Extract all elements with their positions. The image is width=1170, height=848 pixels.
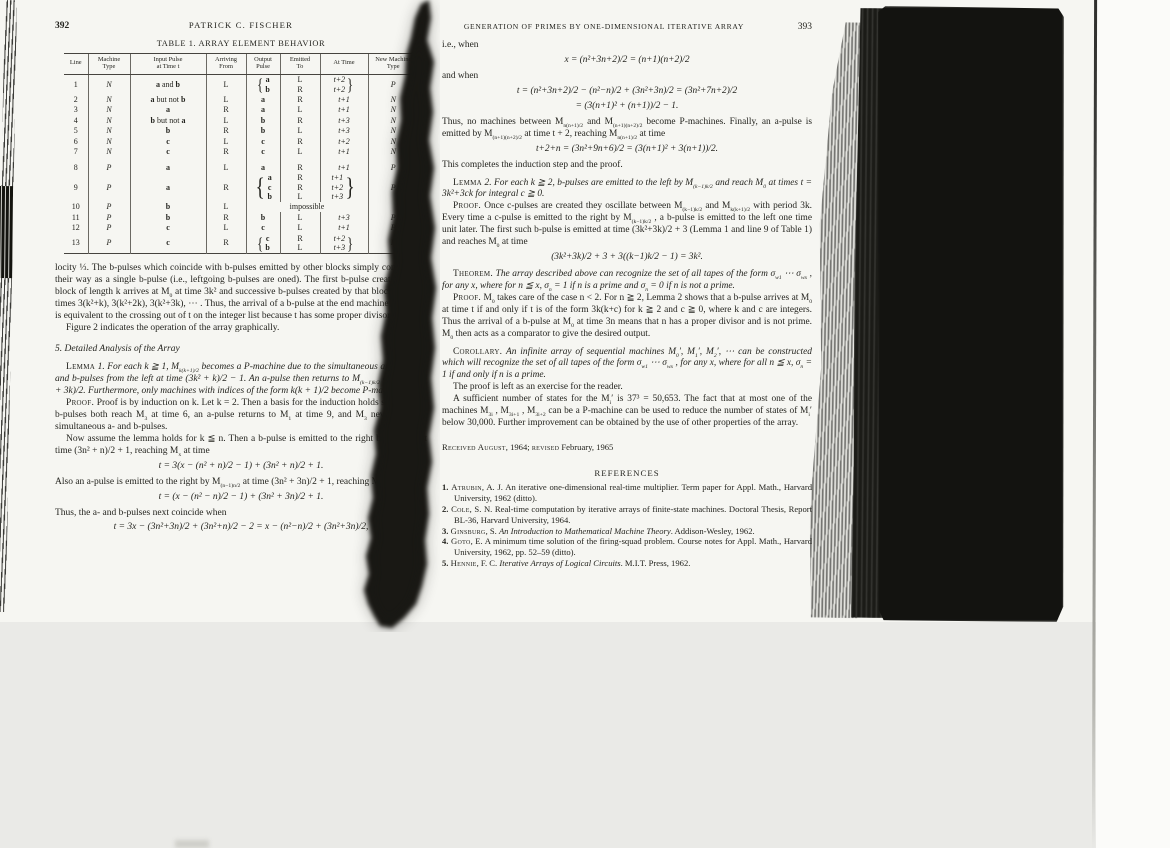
paragraph: t = 3(x − (n² + n)/2 − 1) + (3n² + n)/2 … [55, 461, 427, 473]
table-cell: N [88, 74, 130, 94]
table-cell: R [280, 95, 320, 105]
paragraph: Received August, 1964; revised February,… [442, 442, 812, 453]
table-cell: t+1 [320, 223, 368, 233]
table-cell: a [246, 105, 280, 115]
table-header: LineMachine TypeInput Pulse at Time tArr… [64, 53, 418, 74]
paragraph: = (3(n+1)² + (n+1))/2 − 1. [442, 101, 812, 113]
table-cell: N [368, 115, 418, 125]
table-cell: P [368, 162, 418, 172]
paragraph: 5. Detailed Analysis of the Array [55, 344, 427, 356]
table-cell: N [368, 105, 418, 115]
table-row: 7NcRcLt+1N [64, 147, 418, 157]
paragraph: Proof. Once c-pulses are created they os… [442, 201, 812, 248]
table-cell: 2 [64, 95, 88, 105]
table-cell: L [206, 95, 246, 105]
paragraph: The proof is left as an exercise for the… [442, 382, 812, 394]
table-column-header: Line [64, 53, 88, 74]
table-cell: L [206, 115, 246, 125]
table-row: 2Na but not bLaRt+1N [64, 95, 418, 105]
right-page-number: 393 [766, 22, 812, 34]
table-cell: b [130, 202, 206, 212]
table-cell: b but not a [130, 115, 206, 125]
table-row: 5NbRbLt+3N [64, 126, 418, 136]
table-cell: c [246, 223, 280, 233]
reference-item: 3. Ginsburg, S. An Introduction to Mathe… [442, 526, 812, 537]
table-cell: 11 [64, 212, 88, 222]
table-column-header: Output Pulse [246, 53, 280, 74]
table-cell: t+1t+2t+3} [320, 173, 368, 202]
table-row: 3NaRaLt+1N [64, 105, 418, 115]
table-cell: R [280, 136, 320, 146]
table-row: 13PcR{cbRLt+2t+3}P [64, 233, 418, 253]
paragraph: t = (n²+3n+2)/2 − (n²−n)/2 + (3n²+3n)/2 … [442, 86, 812, 98]
table-cell: P [88, 223, 130, 233]
paragraph: Proof. M0 takes care of the case n < 2. … [442, 293, 812, 340]
table-cell: a [246, 162, 280, 172]
paragraph: Lemma 1. For each k ≧ 1, Mk(k+1)/2 becom… [55, 362, 427, 398]
table-column-header: Input Pulse at Time t [130, 53, 206, 74]
right-paper-strip [1096, 0, 1170, 848]
table-cell: LR [280, 74, 320, 94]
table-column-header: At Time [320, 53, 368, 74]
table-cell: 7 [64, 147, 88, 157]
table-cell: 1 [64, 74, 88, 94]
table-cell: R [280, 162, 320, 172]
paragraph: t = (x − (n² − n)/2 − 1) + (3n² + 3n)/2 … [55, 492, 427, 504]
table-cell: 9 [64, 173, 88, 202]
table-cell: P [88, 173, 130, 202]
paragraph: (3k²+3k)/2 + 3 + 3((k−1)k/2 − 1) = 3k². [442, 252, 812, 264]
table-cell: L [280, 105, 320, 115]
paragraph: This completes the induction step and th… [442, 160, 812, 172]
paragraph: and when [442, 71, 812, 83]
table-cell: N [368, 95, 418, 105]
table-cell: b [246, 126, 280, 136]
scanned-journal-spread: 392 PATRICK C. FISCHER TABLE 1. ARRAY EL… [0, 0, 1170, 848]
table-cell: b [246, 115, 280, 125]
table-cell: N [88, 95, 130, 105]
table-cell: b [130, 126, 206, 136]
table-cell: c [246, 147, 280, 157]
table-cell: P [368, 173, 418, 202]
table-cell: N [368, 126, 418, 136]
references-heading: REFERENCES [442, 468, 812, 479]
table-row: 11PbRbLt+3P [64, 212, 418, 222]
table-row: 8PaLaRt+1P [64, 162, 418, 172]
table-cell: N [88, 126, 130, 136]
table-cell: b [246, 212, 280, 222]
paragraph: x = (n²+3n+2)/2 = (n+1)(n+2)/2 [442, 55, 812, 67]
paragraph: locity ⅓. The b-pulses which coincide wi… [55, 263, 427, 323]
table-cell: N [88, 147, 130, 157]
table-cell: L [206, 202, 246, 212]
table-cell: c [130, 223, 206, 233]
table-cell: R [206, 173, 246, 202]
table-cell: L [280, 223, 320, 233]
table-column-header: Machine Type [88, 53, 130, 74]
table-cell: RRL [280, 173, 320, 202]
right-page: GENERATION OF PRIMES BY ONE-DIMENSIONAL … [442, 22, 812, 569]
paragraph: Corollary. An infinite array of sequenti… [442, 347, 812, 383]
paragraph: Now assume the lemma holds for k ≦ n. Th… [55, 434, 427, 458]
table-cell: P [88, 212, 130, 222]
table-row: 6NcLcRt+2N [64, 136, 418, 146]
paragraph: Thus, no machines between Mn(n+1)/2 and … [442, 117, 812, 141]
table-cell: 10 [64, 202, 88, 212]
table-cell: a [130, 105, 206, 115]
table-cell: L [280, 126, 320, 136]
right-page-paragraphs: i.e., whenx = (n²+3n+2)/2 = (n+1)(n+2)/2… [442, 40, 812, 453]
table-cell: {cb [246, 233, 280, 253]
table-cell: 13 [64, 233, 88, 253]
table-cell: 8 [64, 162, 88, 172]
table-cell: P [88, 162, 130, 172]
table-body: 1Na and bL{abLRt+2t+2}P2Na but not bLaRt… [64, 74, 418, 253]
left-page-header: 392 PATRICK C. FISCHER [55, 20, 427, 33]
table-cell: a [130, 162, 206, 172]
table-cell: N [88, 115, 130, 125]
table-cell: N [368, 147, 418, 157]
table-cell: c [130, 136, 206, 146]
table-cell: 3 [64, 105, 88, 115]
right-page-header: GENERATION OF PRIMES BY ONE-DIMENSIONAL … [442, 22, 812, 34]
reference-item: 5. Hennie, F. C. Iterative Arrays of Log… [442, 558, 812, 569]
table-cell: P [368, 212, 418, 222]
table-cell: R [206, 126, 246, 136]
table-cell: 5 [64, 126, 88, 136]
table-cell: t+1 [320, 162, 368, 172]
table-cell: P [88, 233, 130, 253]
table-cell: impossible [246, 202, 368, 212]
paragraph: A sufficient number of states for the Mi… [442, 394, 812, 430]
paragraph: Also an a-pulse is emitted to the right … [55, 477, 427, 489]
table-cell: a [130, 173, 206, 202]
table-cell: 12 [64, 223, 88, 233]
table-cell: a but not b [130, 95, 206, 105]
table-cell: L [206, 74, 246, 94]
table-cell: t+1 [320, 95, 368, 105]
table-row: 1Na and bL{abLRt+2t+2}P [64, 74, 418, 94]
table-cell: R [206, 233, 246, 253]
table-cell: L [280, 147, 320, 157]
paragraph: Figure 2 indicates the operation of the … [55, 323, 427, 335]
table-cell: t+1 [320, 105, 368, 115]
table-row: 4Nb but not aLbRt+3N [64, 115, 418, 125]
paragraph: Lemma 2. For each k ≧ 2, b-pulses are em… [442, 178, 812, 202]
table-cell: a [246, 95, 280, 105]
table-cell: N [88, 136, 130, 146]
table-cell: RL [280, 233, 320, 253]
paragraph: Theorem. The array described above can r… [442, 269, 812, 293]
table-cell: R [206, 105, 246, 115]
table-column-header: New Machine Type [368, 53, 418, 74]
array-element-behavior-table: LineMachine TypeInput Pulse at Time tArr… [64, 53, 418, 255]
table-cell: t+2t+3} [320, 233, 368, 253]
table-cell: R [206, 147, 246, 157]
table-cell: t+1 [320, 147, 368, 157]
table-cell: {acb [246, 173, 280, 202]
table-cell: R [280, 115, 320, 125]
table-row: 12PcLcLt+1P [64, 223, 418, 233]
table-cell: c [130, 147, 206, 157]
table-cell: b [130, 212, 206, 222]
table-cell: L [206, 223, 246, 233]
left-page: 392 PATRICK C. FISCHER TABLE 1. ARRAY EL… [55, 20, 427, 538]
table-cell: P [368, 233, 418, 253]
table-row: 10PbLimpossible [64, 202, 418, 212]
table-cell: t+3 [320, 126, 368, 136]
paragraph: t = 3x − (3n²+3n)/2 + (3n²+n)/2 − 2 = x … [55, 522, 427, 534]
table-cell [368, 202, 418, 212]
table-cell: L [206, 136, 246, 146]
table-cell: L [280, 212, 320, 222]
table-cell: N [368, 136, 418, 146]
table-cell: t+3 [320, 212, 368, 222]
table-cell: t+2 [320, 136, 368, 146]
table-cell: t+3 [320, 115, 368, 125]
paragraph: Thus, the a- and b-pulses next coincide … [55, 508, 427, 520]
table-column-header: Emitted To [280, 53, 320, 74]
reference-item: 1. Atrubin, A. J. An iterative one-dimen… [442, 482, 812, 504]
right-running-head: GENERATION OF PRIMES BY ONE-DIMENSIONAL … [442, 22, 766, 32]
table-cell: R [206, 212, 246, 222]
table-caption: TABLE 1. ARRAY ELEMENT BEHAVIOR [55, 39, 427, 50]
table-cell: N [88, 105, 130, 115]
reference-item: 4. Goto, E. A minimum time solution of t… [442, 536, 812, 558]
table-cell: P [88, 202, 130, 212]
references-list: 1. Atrubin, A. J. An iterative one-dimen… [442, 482, 812, 569]
paragraph: Proof. Proof is by induction on k. Let k… [55, 398, 427, 434]
table-cell: c [246, 136, 280, 146]
table-column-header: Arriving From [206, 53, 246, 74]
paragraph: t+2+n = (3n²+9n+6)/2 = (3(n+1)² + 3(n+1)… [442, 144, 812, 156]
left-page-number: 392 [55, 21, 101, 33]
left-page-paragraphs: locity ⅓. The b-pulses which coincide wi… [55, 263, 427, 534]
table-header-row: LineMachine TypeInput Pulse at Time tArr… [64, 53, 418, 74]
table-cell: c [130, 233, 206, 253]
table-row: 9PaR{acbRRLt+1t+2t+3}P [64, 173, 418, 202]
table-cell: P [368, 74, 418, 94]
table-cell: L [206, 162, 246, 172]
table-cell: {ab [246, 74, 280, 94]
table-cell: t+2t+2} [320, 74, 368, 94]
reference-item: 2. Cole, S. N. Real-time computation by … [442, 504, 812, 526]
left-running-head: PATRICK C. FISCHER [101, 20, 381, 31]
table-cell: a and b [130, 74, 206, 94]
paragraph: i.e., when [442, 40, 812, 52]
table-cell: 4 [64, 115, 88, 125]
bottom-smudge-artifact [175, 840, 209, 848]
table-cell: 6 [64, 136, 88, 146]
table-cell: P [368, 223, 418, 233]
